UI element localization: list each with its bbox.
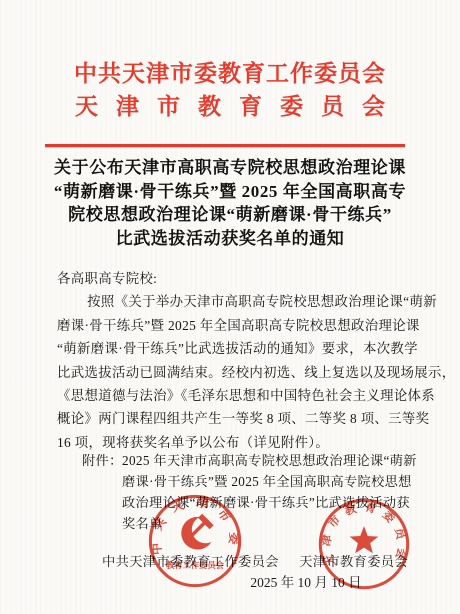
salutation: 各高职高专院校: — [57, 267, 422, 290]
notice-title-line: 院校思想政治理论课“萌新磨课·骨干练兵” — [15, 203, 445, 227]
body-line: 比武选拔活动已圆满结束。经校内初选、线上复选以及现场展示， — [57, 361, 422, 384]
body-line: 磨课·骨干练兵”暨 2025 年全国高职高专院校思想政治理论课 — [57, 314, 422, 337]
attachment-line: 2025 年天津市高职高专院校思想政治理论课“萌新 — [122, 450, 417, 471]
body-line: 按照《关于举办天津市高职高专院校思想政治理论课“萌新 — [57, 290, 422, 313]
letterhead-org-line2: 天津市教育委员会 — [40, 91, 438, 123]
body-line: “萌新磨课·骨干练兵”比武选拔活动的通知》要求，本次教学 — [57, 337, 422, 360]
document-page: 中共天津市委教育工作委员会 天津市教育委员会 关于公布天津市高职高专院校思想政治… — [0, 0, 460, 614]
notice-title-line: 比武选拔活动获奖名单的通知 — [15, 227, 445, 251]
attachment-block: 附件： 2025 年天津市高职高专院校思想政治理论课“萌新 磨课·骨干练兵”暨 … — [82, 450, 417, 534]
notice-title-line: 关于公布天津市高职高专院校思想政治理论课 — [15, 156, 445, 180]
letterhead: 中共天津市委教育工作委员会 天津市教育委员会 — [40, 57, 420, 123]
notice-body: 各高职高专院校: 按照《关于举办天津市高职高专院校思想政治理论课“萌新 磨课·骨… — [57, 267, 422, 454]
signature-org-left: 中共天津市委教育工作委员会 — [102, 551, 279, 570]
signature-date: 2025 年 10 月 10 日 — [233, 571, 379, 591]
signature-org-right: 天津市教育委员会 — [299, 551, 408, 570]
attachment-line: 政治理论课“萌新磨课·骨干练兵”比武选拔活动获 — [122, 492, 417, 513]
attachment-text: 2025 年天津市高职高专院校思想政治理论课“萌新 磨课·骨干练兵”暨 2025… — [122, 450, 417, 534]
attachment-line: 磨课·骨干练兵”暨 2025 年全国高职高专院校思想 — [122, 471, 417, 492]
body-line: 《思想道德与法治》《毛泽东思想和中国特色社会主义理论体系 — [57, 384, 422, 407]
notice-title: 关于公布天津市高职高专院校思想政治理论课 “萌新磨课·骨干练兵”暨 2025 年… — [15, 156, 445, 250]
body-line: 概论》两门课程四组共产生一等奖 8 项、二等奖 8 项、三等奖 — [57, 407, 422, 430]
notice-title-line: “萌新磨课·骨干练兵”暨 2025 年全国高职高专 — [15, 180, 445, 204]
letterhead-org-line1: 中共天津市委教育工作委员会 — [40, 57, 420, 91]
attachment-line: 奖名单 — [122, 513, 417, 534]
red-separator-line — [45, 144, 405, 147]
attachment-label: 附件： — [82, 450, 123, 471]
